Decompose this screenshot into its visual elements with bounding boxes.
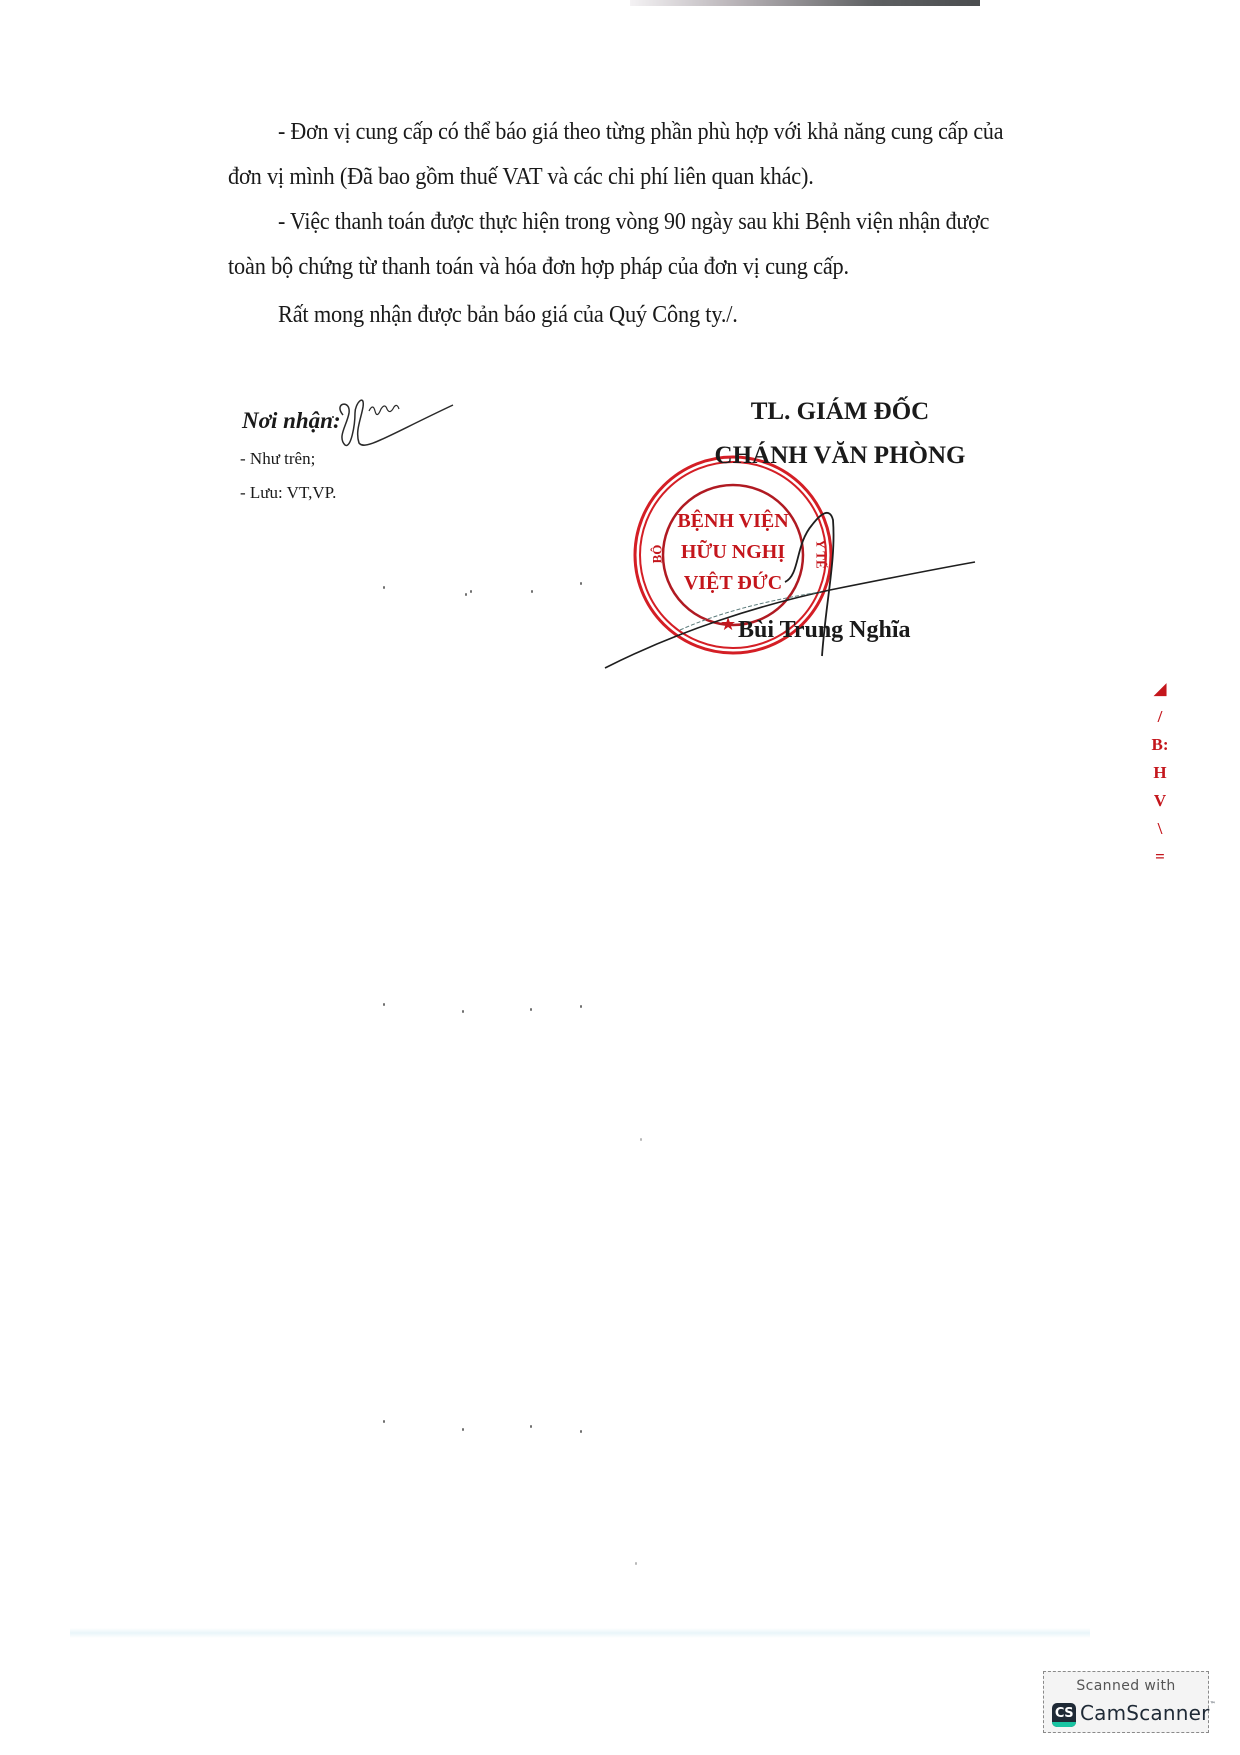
watermark-caption: Scanned with — [1044, 1678, 1208, 1694]
stamp-side-text: Y TẾ — [813, 539, 829, 568]
stamp-line: VIỆT ĐỨC — [628, 572, 838, 594]
page-edge-stamp-marks: ◢ / B: H V \ = — [1150, 675, 1170, 871]
watermark-brand: CamScanner™ — [1080, 1701, 1216, 1725]
camscanner-watermark: Scanned with CS CamScanner™ — [1043, 1671, 1209, 1733]
star-icon: ★ — [720, 615, 736, 633]
stamp-line: BỆNH VIỆN — [628, 510, 838, 532]
initial-signature-icon — [325, 385, 455, 455]
paragraph-line: đơn vị mình (Đã bao gồm thuế VAT và các … — [228, 162, 1046, 192]
paragraph-line: - Việc thanh toán được thực hiện trong v… — [278, 207, 1083, 237]
scan-edge-shadow — [630, 0, 980, 6]
signature-title: TL. GIÁM ĐỐC — [680, 397, 1000, 427]
camscanner-logo-icon: CS — [1052, 1703, 1076, 1727]
stamp-side-text: BỘ — [649, 545, 665, 564]
paragraph-line: toàn bộ chứng từ thanh toán và hóa đơn h… — [228, 252, 1046, 282]
signature-title: CHÁNH VĂN PHÒNG — [680, 441, 1000, 471]
closing-line: Rất mong nhận được bản báo giá của Quý C… — [278, 300, 1096, 330]
paragraph-line: - Đơn vị cung cấp có thể báo giá theo từ… — [278, 117, 1083, 147]
recipient-item: - Lưu: VT,VP. — [240, 482, 341, 504]
signer-name: Bùi Trung Nghĩa — [738, 615, 911, 645]
scan-artifact-strip — [70, 1628, 1090, 1638]
